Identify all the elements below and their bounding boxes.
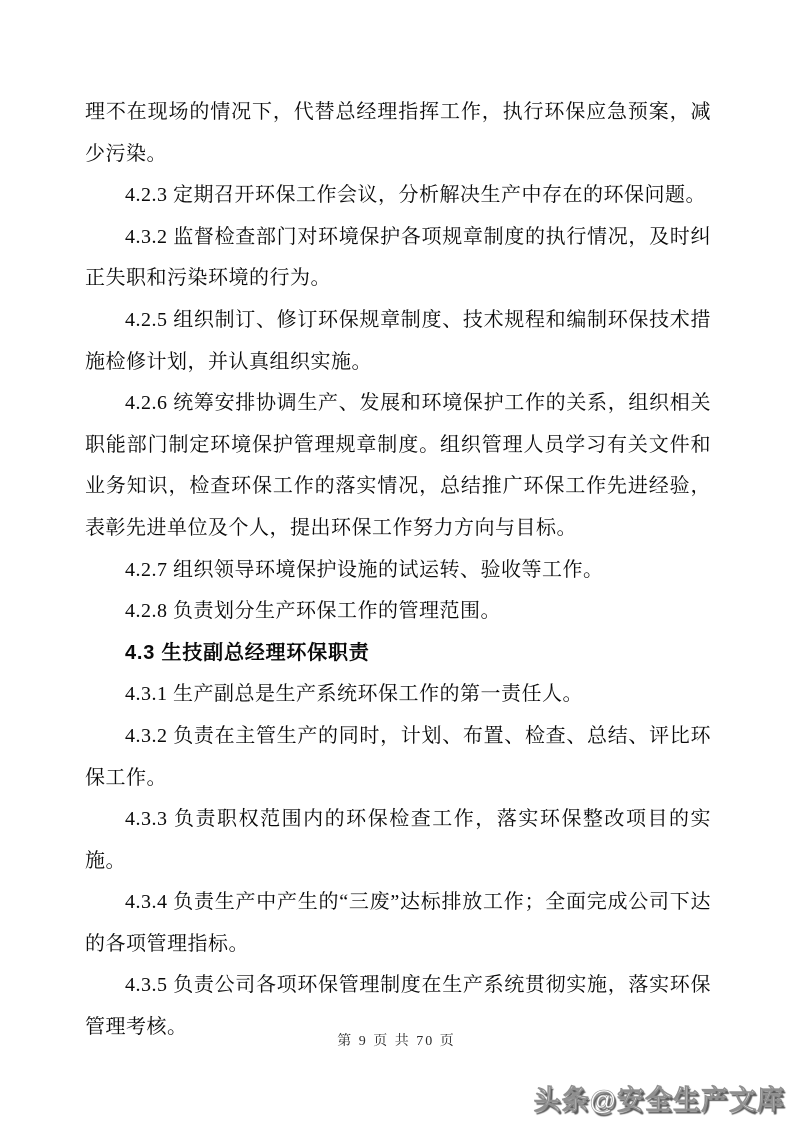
paragraph: 4.3.2 负责在主管生产的同时，计划、布置、检查、总结、评比环保工作。 — [85, 716, 711, 799]
page-number-footer: 第 9 页 共 70 页 — [0, 1030, 793, 1050]
document-body: 理不在现场的情况下，代替总经理指挥工作，执行环保应急预案，减少污染。4.2.3 … — [85, 92, 711, 1049]
paragraph: 4.2.7 组织领导环境保护设施的试运转、验收等工作。 — [85, 550, 711, 592]
paragraph: 理不在现场的情况下，代替总经理指挥工作，执行环保应急预案，减少污染。 — [85, 92, 711, 175]
paragraph: 4.2.5 组织制订、修订环保规章制度、技术规程和编制环保技术措施检修计划，并认… — [85, 300, 711, 383]
paragraph: 4.2.8 负责划分生产环保工作的管理范围。 — [85, 591, 711, 633]
document-page: 理不在现场的情况下，代替总经理指挥工作，执行环保应急预案，减少污染。4.2.3 … — [0, 0, 793, 1122]
paragraph: 4.3.2 监督检查部门对环境保护各项规章制度的执行情况，及时纠正失职和污染环境… — [85, 217, 711, 300]
watermark-text: 头条@安全生产文库 — [534, 1078, 785, 1117]
paragraph: 4.3.3 负责职权范围内的环保检查工作，落实环保整改项目的实施。 — [85, 799, 711, 882]
paragraph: 4.2.6 统筹安排协调生产、发展和环境保护工作的关系，组织相关职能部门制定环境… — [85, 383, 711, 549]
paragraph: 4.3.1 生产副总是生产系统环保工作的第一责任人。 — [85, 674, 711, 716]
section-heading: 4.3 生技副总经理环保职责 — [85, 633, 711, 675]
paragraph: 4.3.4 负责生产中产生的“三废”达标排放工作；全面完成公司下达的各项管理指标… — [85, 882, 711, 965]
paragraph: 4.2.3 定期召开环保工作会议，分析解决生产中存在的环保问题。 — [85, 175, 711, 217]
